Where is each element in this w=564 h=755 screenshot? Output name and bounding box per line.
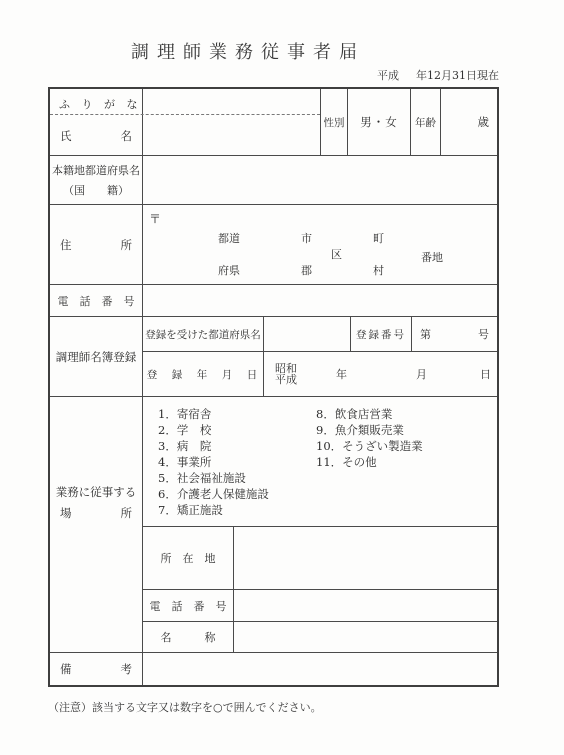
district-gun-label: 郡 (301, 262, 312, 278)
remarks-label-left: 備 (60, 661, 72, 677)
town-cho-label: 町 (373, 230, 384, 246)
gender-options-cell: 男・女 (347, 89, 410, 155)
option-item: 1．寄宿舎 (158, 406, 269, 422)
remarks-label: 備 考 (50, 661, 142, 677)
option-item: 9．魚介類販売業 (316, 422, 423, 438)
address-label-cell: 住 所 (50, 205, 142, 284)
site-name-subrow: 名 称 (143, 621, 497, 652)
prefecture-fuken-label: 府県 (218, 262, 240, 278)
footer-note: （注意）該当する文字又は数字を○で囲んでください。 (48, 699, 322, 715)
site-phone-label-cell: 電 話 番 号 (143, 590, 233, 621)
furigana-label: ふ り が な (50, 96, 142, 112)
village-son-label: 村 (373, 262, 384, 278)
date-text: 年12月31日現在 (416, 67, 499, 83)
workplace-options-list: 1．寄宿舎 2．学 校 3．病 院 4．事業所 5．社会福祉施設 6．介護老人保… (143, 397, 497, 526)
gender-label-cell: 性別 (320, 89, 347, 155)
domicile-label-line1: 本籍地都道府県名 (50, 162, 142, 178)
ward-ku-label: 区 (331, 246, 342, 262)
phone-row: 電 話 番 号 (50, 284, 497, 316)
remarks-label-cell: 備 考 (50, 653, 142, 685)
workplace-options-col1: 1．寄宿舎 2．学 校 3．病 院 4．事業所 5．社会福祉施設 6．介護老人保… (158, 406, 269, 518)
license-date-subrow: 登 録 年 月 日 昭和 平成 年 月 日 (143, 351, 497, 396)
postal-mark: 〒 (149, 210, 161, 227)
era-options: 昭和 平成 (275, 363, 297, 385)
banchi-label: 番地 (421, 249, 443, 265)
option-item: 3．病 院 (158, 438, 269, 454)
address-label: 住 所 (50, 237, 142, 253)
number-prefix: 第 (420, 326, 431, 342)
option-item: 8．飲食店営業 (316, 406, 423, 422)
site-address-label-cell: 所 在 地 (143, 527, 233, 589)
license-detail-area: 登録を受けた都道府県名 登録番号 第 号 登 録 年 月 日 昭和 平成 (142, 317, 497, 396)
page-title: 調理師業務従事者届 (131, 38, 365, 64)
license-pref-label-cell: 登録を受けた都道府県名 (143, 317, 263, 351)
workplace-label-line1: 業務に従事する (50, 484, 142, 500)
workplace-label-cell: 業務に従事する 場 所 (50, 397, 142, 652)
address-input-cell: 〒 都道 市 町 区 番地 府県 郡 村 (142, 205, 497, 284)
year-label: 年 (336, 366, 347, 382)
address-row: 住 所 〒 都道 市 町 区 番地 府県 郡 村 (50, 204, 497, 284)
workplace-label-line2: 場 所 (50, 505, 142, 521)
form-document: 調理師業務従事者届 平成 年12月31日現在 ふ り が な 氏 名 性別 男・… (0, 0, 564, 755)
name-label: 氏 名 (50, 128, 142, 144)
domicile-label-line2: （国 籍） (50, 182, 142, 198)
domicile-input-cell (142, 156, 497, 204)
license-pref-input-cell (263, 317, 350, 351)
month-label: 月 (416, 366, 427, 382)
workplace-options-col2: 8．飲食店営業 9．魚介類販売業 10．そうざい製造業 11．その他 (316, 406, 423, 470)
site-phone-subrow: 電 話 番 号 (143, 589, 497, 621)
option-item: 11．その他 (316, 454, 423, 470)
registration-date-input-cell: 昭和 平成 年 月 日 (263, 352, 497, 396)
license-row: 調理師名簿登録 登録を受けた都道府県名 登録番号 第 号 登 録 年 月 日 昭… (50, 316, 497, 396)
license-label-cell: 調理師名簿登録 (50, 317, 142, 396)
option-item: 4．事業所 (158, 454, 269, 470)
day-label: 日 (480, 366, 491, 382)
domicile-row: 本籍地都道府県名 （国 籍） (50, 155, 497, 204)
option-item: 5．社会福祉施設 (158, 470, 269, 486)
workplace-label-right: 所 (121, 505, 133, 521)
prefecture-todo-label: 都道 (218, 230, 240, 246)
phone-label-cell: 電 話 番 号 (50, 285, 142, 316)
domicile-label-cell: 本籍地都道府県名 （国 籍） (50, 156, 142, 204)
age-label-cell: 年齢 (410, 89, 440, 155)
phone-input-cell (142, 285, 497, 316)
number-suffix: 号 (478, 326, 489, 342)
remarks-label-right: 考 (121, 661, 133, 677)
option-item: 2．学 校 (158, 422, 269, 438)
era-label: 平成 (377, 67, 399, 83)
name-input-cell (142, 89, 320, 155)
registration-number-label-cell: 登録番号 (350, 317, 411, 351)
registration-date-label-cell: 登 録 年 月 日 (143, 352, 263, 396)
registration-number-input-cell: 第 号 (411, 317, 497, 351)
form-table: ふ り が な 氏 名 性別 男・女 年齢 歳 本籍地都道府県名 （国 籍） (48, 87, 499, 687)
workplace-row: 業務に従事する 場 所 1．寄宿舎 2．学 校 3．病 院 4．事業所 5．社会… (50, 396, 497, 652)
city-shi-label: 市 (301, 230, 312, 246)
age-unit-cell: 歳 (440, 89, 497, 155)
license-pref-subrow: 登録を受けた都道府県名 登録番号 第 号 (143, 317, 497, 351)
name-label-cell: ふ り が な 氏 名 (50, 89, 142, 155)
workplace-detail-area: 1．寄宿舎 2．学 校 3．病 院 4．事業所 5．社会福祉施設 6．介護老人保… (142, 397, 497, 652)
option-item: 6．介護老人保健施設 (158, 486, 269, 502)
option-item: 7．矯正施設 (158, 502, 269, 518)
site-address-input-cell (233, 527, 497, 589)
remarks-row: 備 考 (50, 652, 497, 685)
option-item: 10．そうざい製造業 (316, 438, 423, 454)
address-label-right: 所 (121, 237, 133, 253)
era-heisei: 平成 (275, 374, 297, 385)
address-label-left: 住 (60, 237, 72, 253)
site-name-input-cell (233, 622, 497, 652)
site-phone-input-cell (233, 590, 497, 621)
remarks-input-cell (142, 653, 497, 685)
workplace-label-left: 場 (60, 505, 72, 521)
name-label-left: 氏 (60, 128, 72, 144)
name-row: ふ り が な 氏 名 性別 男・女 年齢 歳 (50, 89, 497, 155)
furigana-divider-line (50, 114, 320, 115)
name-label-right: 名 (121, 128, 133, 144)
site-address-subrow: 所 在 地 (143, 526, 497, 589)
site-name-label-cell: 名 称 (143, 622, 233, 652)
as-of-date-line: 平成 年12月31日現在 (377, 67, 499, 83)
